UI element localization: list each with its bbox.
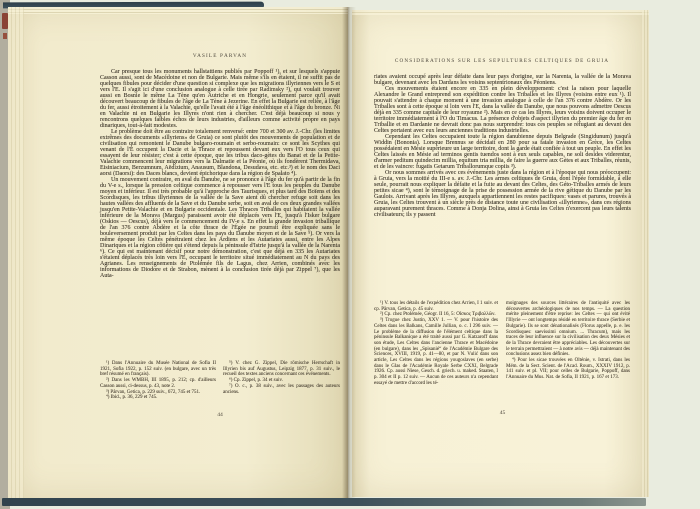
book-cover-red-edge-small	[3, 33, 7, 39]
footnote: ⁴) Ibid., p. 36, 229 et 745.	[100, 395, 216, 401]
book-gutter-shadow	[342, 7, 356, 498]
footnote-continuation: moignages des sources littéraires de l'a…	[506, 301, 630, 358]
right-paragraph: Ces mouvements étaient encore en 335 en …	[374, 86, 631, 134]
right-paragraph: Cependant les Celtes occupaient toute la…	[374, 134, 631, 170]
right-page-body: riates avaient occupé après leur défaite…	[374, 74, 631, 300]
book-cover-edge-bottom	[2, 498, 646, 506]
footnote: ⁵) V. chez G. Zippel, Die römische Herrs…	[223, 361, 340, 378]
left-paragraph: Le problème doit être au contraire total…	[100, 129, 340, 177]
left-paragraph: Un mouvement contraire, en aval du Danub…	[100, 177, 340, 279]
left-paragraph: Car presque tous les monuments hallstatt…	[100, 69, 340, 129]
left-footnotes-column-2: ⁵) V. chez G. Zippel, Die römische Herrs…	[223, 361, 340, 395]
right-paragraph: Or nous sommes arrivés avec ces événemen…	[374, 170, 631, 218]
footnote: ⁷) O. c., p. 38 suiv., avec les passages…	[223, 384, 340, 395]
left-page-number: 44	[100, 412, 340, 418]
footnote: ³) Trogue chez Justin, XXV 1. — V. pour …	[374, 318, 498, 386]
right-page-number: 45	[374, 410, 631, 416]
right-footnotes-column-1: ¹) V. tous les détails de l'expédition c…	[374, 301, 498, 387]
left-running-header: VASILE PÂRVAN	[100, 53, 340, 59]
left-page-body: Car presque tous les monuments hallstatt…	[100, 69, 340, 361]
right-running-header: CONSIDÉRATIONS SUR LES SÉPULTURES CELTIQ…	[374, 58, 630, 64]
scanned-book-spread: VASILE PÂRVAN Car presque tous les monum…	[0, 0, 700, 509]
right-paragraph: riates avaient occupé après leur défaite…	[374, 74, 631, 86]
footnote: ⁴) Pour les sicae trouvées en Olténie, v…	[506, 358, 630, 381]
footnote: ¹) V. tous les détails de l'expédition c…	[374, 301, 498, 312]
left-footnotes-column-1: ¹) Dans l'Annuaire du Musée National de …	[100, 361, 216, 401]
footnote: ¹) Dans l'Annuaire du Musée National de …	[100, 361, 216, 378]
right-footnotes-column-2: moignages des sources littéraires de l'a…	[506, 301, 630, 381]
footnote: ²) Dans les WMBH, III 1895, p. 212; cp. …	[100, 378, 216, 389]
